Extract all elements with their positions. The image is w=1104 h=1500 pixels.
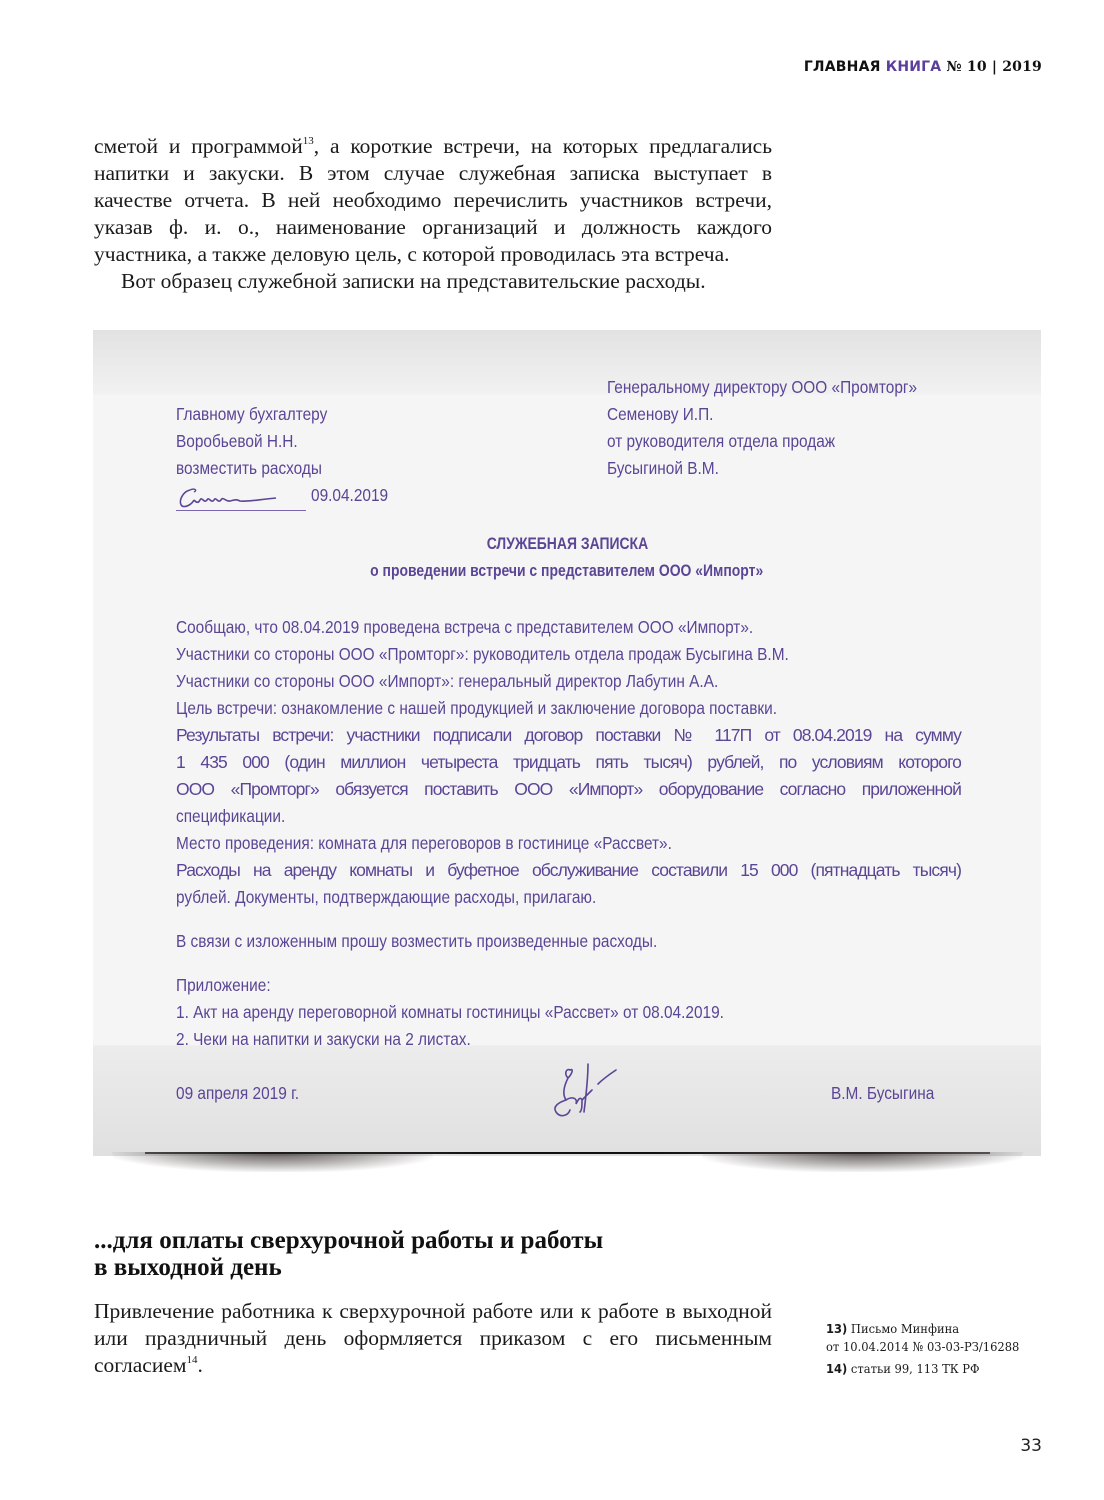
intro-text: сметой и программой13, а короткие встреч…: [94, 133, 772, 295]
addressee-line: Бусыгиной В.М.: [607, 455, 917, 482]
signature-name: В.М. Бусыгина: [831, 1080, 934, 1107]
body-line: Участники со стороны ООО «Импорт»: генер…: [176, 668, 789, 695]
addressee-line: от руководителя отдела продаж: [607, 428, 917, 455]
section-heading: ...для оплаты сверхурочной работы и рабо…: [94, 1227, 794, 1281]
footnote-ref-14: 14: [187, 1354, 198, 1366]
addressee-line: Генеральному директору ООО «Промторг»: [607, 374, 917, 401]
body-line: Цель встречи: ознакомление с нашей проду…: [176, 695, 789, 722]
footnote-14: 14) статьи 99, 113 ТК РФ: [826, 1360, 1019, 1378]
body-line: Сообщаю, что 08.04.2019 проведена встреч…: [176, 614, 789, 641]
resolution-line: Воробьевой Н.Н.: [176, 428, 327, 455]
memo-attachments: Приложение: 1. Акт на аренду переговорно…: [176, 972, 724, 1053]
memo-body: Сообщаю, что 08.04.2019 проведена встреч…: [176, 614, 789, 722]
issue-number: № 10 | 2019: [946, 59, 1042, 75]
footnote-13: 13) Письмо Минфина от 10.04.2014 № 03-03…: [826, 1320, 1019, 1356]
memo-subtitle: о проведении встречи с представителем ОО…: [93, 561, 1041, 581]
results-line: ООО «Промторг» обязуется поставить ООО «…: [176, 776, 961, 803]
expenses-line: Расходы на аренду комнаты и буфетное обс…: [176, 857, 961, 884]
results-line: Результаты встречи: участники подписали …: [176, 722, 961, 749]
memo-title: СЛУЖЕБНАЯ ЗАПИСКА: [93, 534, 1041, 554]
author-signature: [548, 1060, 638, 1127]
addressee-line: Семенову И.П.: [607, 401, 917, 428]
memo-expenses-continued: рублей. Документы, подтверждающие расход…: [176, 884, 596, 911]
results-last-line: спецификации.: [176, 803, 672, 830]
results-line: 1 435 000 (один миллион четыреста тридца…: [176, 749, 961, 776]
resolution-date: 09.04.2019: [311, 482, 388, 509]
attachment-item: 2. Чеки на напитки и закуски на 2 листах…: [176, 1026, 724, 1053]
body-line: Участники со стороны ООО «Промторг»: рук…: [176, 641, 789, 668]
magazine-title-part2: КНИГА: [886, 59, 942, 75]
intro-paragraph-2: Вот образец служебной записки на предста…: [94, 268, 772, 295]
footnote-ref-13: 13: [303, 135, 314, 147]
running-head: ГЛАВНАЯ КНИГА № 10 | 2019: [804, 59, 1042, 75]
signature-icon: [548, 1060, 638, 1122]
signature-date: 09 апреля 2019 г.: [176, 1080, 299, 1107]
memo-expenses: Расходы на аренду комнаты и буфетное обс…: [176, 857, 961, 884]
section-body: Привлечение работника к сверхурочной раб…: [94, 1298, 772, 1379]
memo-body-continued: спецификации. Место проведения: комната …: [176, 803, 672, 857]
resolution-block: Главному бухгалтеру Воробьевой Н.Н. возм…: [176, 401, 327, 482]
page-number: 33: [1020, 1436, 1042, 1456]
addressee-block: Генеральному директору ООО «Промторг» Се…: [607, 374, 917, 482]
section-paragraph: Привлечение работника к сверхурочной раб…: [94, 1298, 772, 1379]
attachment-item: 1. Акт на аренду переговорной комнаты го…: [176, 999, 724, 1026]
memo-shadow: [115, 1152, 1020, 1174]
magazine-title-part1: ГЛАВНАЯ: [804, 59, 881, 75]
memo-results: Результаты встречи: участники подписали …: [176, 722, 961, 803]
attachments-heading: Приложение:: [176, 972, 724, 999]
footnotes: 13) Письмо Минфина от 10.04.2014 № 03-03…: [826, 1320, 1019, 1378]
signature-icon: [176, 484, 301, 510]
resolution-signature: [176, 482, 306, 511]
venue-line: Место проведения: комната для переговоро…: [176, 830, 672, 857]
resolution-line: Главному бухгалтеру: [176, 401, 327, 428]
resolution-line: возместить расходы: [176, 455, 327, 482]
memo-closing: В связи с изложенным прошу возместить пр…: [176, 928, 657, 955]
intro-paragraph-1: сметой и программой13, а короткие встреч…: [94, 133, 772, 268]
expenses-line: рублей. Документы, подтверждающие расход…: [176, 884, 596, 911]
